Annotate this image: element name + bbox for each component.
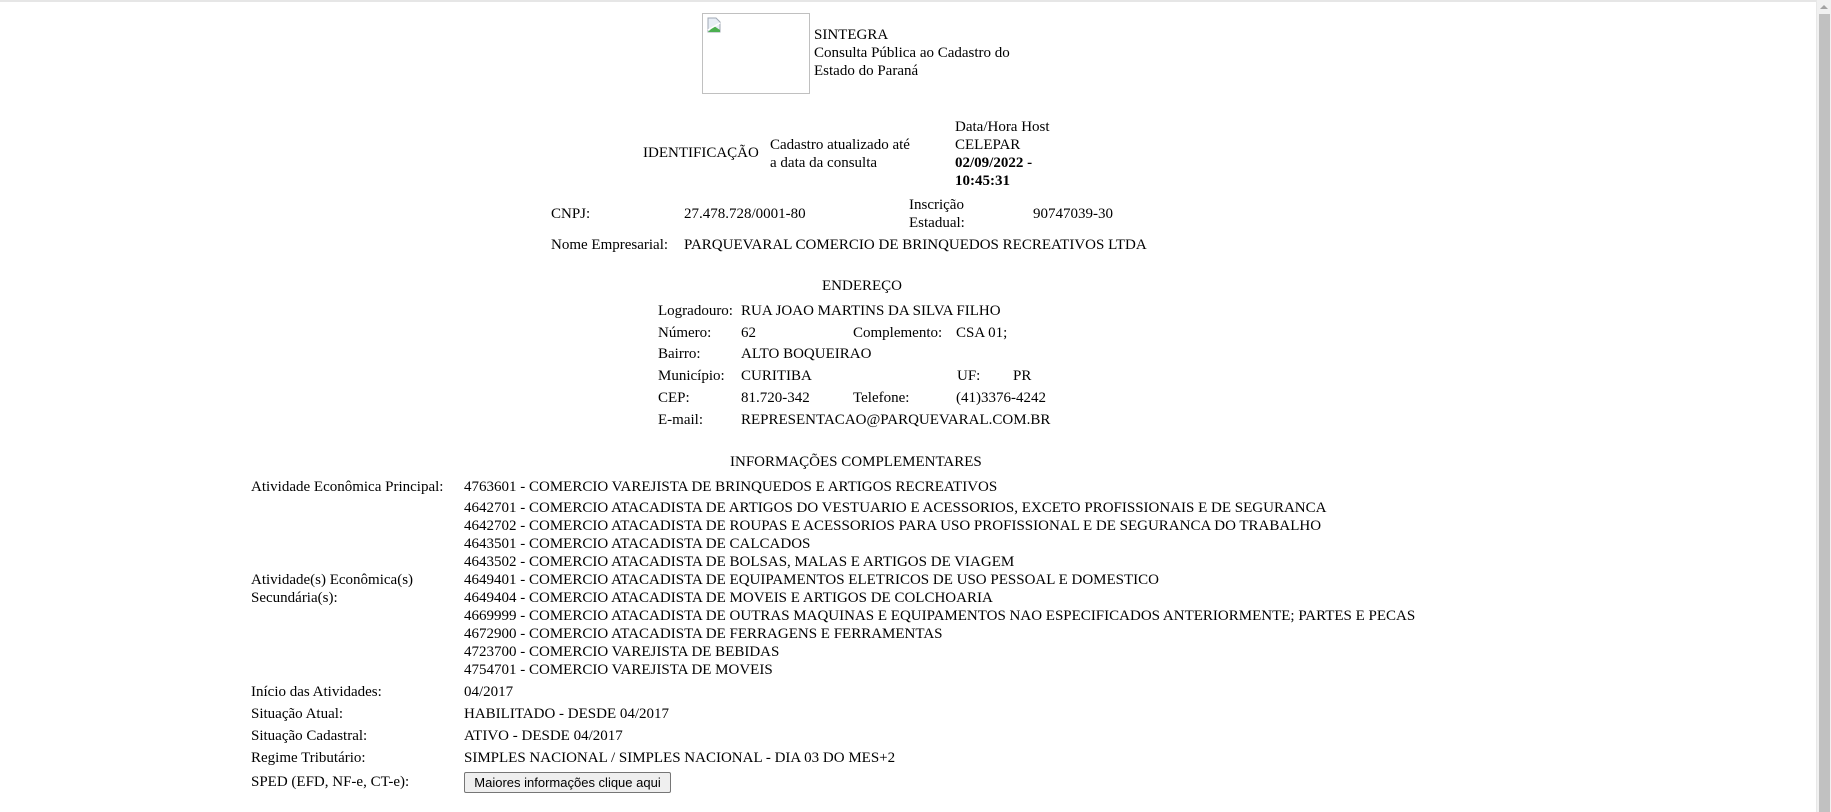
- bairro-label: Bairro:: [658, 345, 701, 363]
- cep-value: 81.720-342: [741, 389, 810, 407]
- atividade-secundaria-item: 4643501 - COMERCIO ATACADISTA DE CALCADO…: [464, 535, 810, 553]
- situacao-atual-label: Situação Atual:: [251, 705, 343, 723]
- endereco-heading: ENDEREÇO: [822, 277, 902, 295]
- municipio-value: CURITIBA: [741, 367, 812, 385]
- nome-empresarial-value: PARQUEVARAL COMERCIO DE BRINQUEDOS RECRE…: [684, 236, 1147, 254]
- atividade-secundaria-item: 4643502 - COMERCIO ATACADISTA DE BOLSAS,…: [464, 553, 1014, 571]
- cadastro-note-line-1: Cadastro atualizado até: [770, 136, 910, 154]
- header-title-line-2: Consulta Pública ao Cadastro do: [814, 44, 1010, 62]
- atividade-secundaria-item: 4642701 - COMERCIO ATACADISTA DE ARTIGOS…: [464, 499, 1326, 517]
- uf-value: PR: [1013, 367, 1031, 385]
- bairro-value: ALTO BOQUEIRAO: [741, 345, 871, 363]
- municipio-label: Município:: [658, 367, 725, 385]
- window-top-border: [0, 0, 1816, 2]
- nome-empresarial-label: Nome Empresarial:: [551, 236, 668, 254]
- regime-tributario-label: Regime Tributário:: [251, 749, 366, 767]
- header-title-line-3: Estado do Paraná: [814, 62, 918, 80]
- atividade-secundaria-item: 4754701 - COMERCIO VAREJISTA DE MOVEIS: [464, 661, 773, 679]
- scrollbar-thumb[interactable]: [1819, 14, 1830, 812]
- host-datetime-line-2: 10:45:31: [955, 172, 1010, 190]
- atividade-secundaria-item: 4723700 - COMERCIO VAREJISTA DE BEBIDAS: [464, 643, 779, 661]
- situacao-atual-value: HABILITADO - DESDE 04/2017: [464, 705, 669, 723]
- email-value: REPRESENTACAO@PARQUEVARAL.COM.BR: [741, 411, 1050, 429]
- atividades-secundarias-label-line-1: Atividade(s) Econômica(s): [251, 571, 413, 589]
- ie-label-line-1: Inscrição: [909, 196, 964, 214]
- sintegra-logo-image: [702, 13, 810, 94]
- cadastro-note-line-2: a data da consulta: [770, 154, 877, 172]
- telefone-label: Telefone:: [853, 389, 909, 407]
- atividade-principal-label: Atividade Econômica Principal:: [251, 478, 443, 496]
- atividade-principal-value: 4763601 - COMERCIO VAREJISTA DE BRINQUED…: [464, 478, 997, 496]
- complemento-value: CSA 01;: [956, 324, 1007, 342]
- numero-label: Número:: [658, 324, 711, 342]
- logradouro-label: Logradouro:: [658, 302, 733, 320]
- regime-tributario-value: SIMPLES NACIONAL / SIMPLES NACIONAL - DI…: [464, 749, 895, 767]
- uf-label: UF:: [957, 367, 980, 385]
- atividade-secundaria-item: 4669999 - COMERCIO ATACADISTA DE OUTRAS …: [464, 607, 1415, 625]
- situacao-cadastral-value: ATIVO - DESDE 04/2017: [464, 727, 623, 745]
- atividade-secundaria-item: 4672900 - COMERCIO ATACADISTA DE FERRAGE…: [464, 625, 943, 643]
- atividade-secundaria-item: 4649401 - COMERCIO ATACADISTA DE EQUIPAM…: [464, 571, 1159, 589]
- complementares-heading: INFORMAÇÕES COMPLEMENTARES: [730, 453, 982, 471]
- numero-value: 62: [741, 324, 756, 342]
- logradouro-value: RUA JOAO MARTINS DA SILVA FILHO: [741, 302, 1001, 320]
- broken-image-icon: [706, 17, 722, 33]
- host-datetime-line-1: 02/09/2022 -: [955, 154, 1032, 172]
- sped-label: SPED (EFD, NF-e, CT-e):: [251, 773, 409, 791]
- vertical-scrollbar[interactable]: [1816, 0, 1831, 812]
- atividades-secundarias-label-line-2: Secundária(s):: [251, 589, 338, 607]
- inicio-atividades-value: 04/2017: [464, 683, 513, 701]
- identificacao-heading: IDENTIFICAÇÃO: [643, 144, 759, 162]
- situacao-cadastral-label: Situação Cadastral:: [251, 727, 367, 745]
- complemento-label: Complemento:: [853, 324, 942, 342]
- cnpj-label: CNPJ:: [551, 205, 590, 223]
- sped-more-info-button[interactable]: Maiores informações clique aqui: [464, 772, 671, 793]
- cep-label: CEP:: [658, 389, 690, 407]
- atividade-secundaria-item: 4649404 - COMERCIO ATACADISTA DE MOVEIS …: [464, 589, 993, 607]
- scroll-up-arrow-icon[interactable]: [1817, 0, 1831, 14]
- atividade-secundaria-item: 4642702 - COMERCIO ATACADISTA DE ROUPAS …: [464, 517, 1321, 535]
- header-title-line-1: SINTEGRA: [814, 26, 888, 44]
- cnpj-value: 27.478.728/0001-80: [684, 205, 806, 223]
- ie-value: 90747039-30: [1033, 205, 1113, 223]
- ie-label-line-2: Estadual:: [909, 214, 965, 232]
- telefone-value: (41)3376-4242: [956, 389, 1046, 407]
- host-label-line-2: CELEPAR: [955, 136, 1020, 154]
- inicio-atividades-label: Início das Atividades:: [251, 683, 382, 701]
- email-label: E-mail:: [658, 411, 703, 429]
- host-label-line-1: Data/Hora Host: [955, 118, 1050, 136]
